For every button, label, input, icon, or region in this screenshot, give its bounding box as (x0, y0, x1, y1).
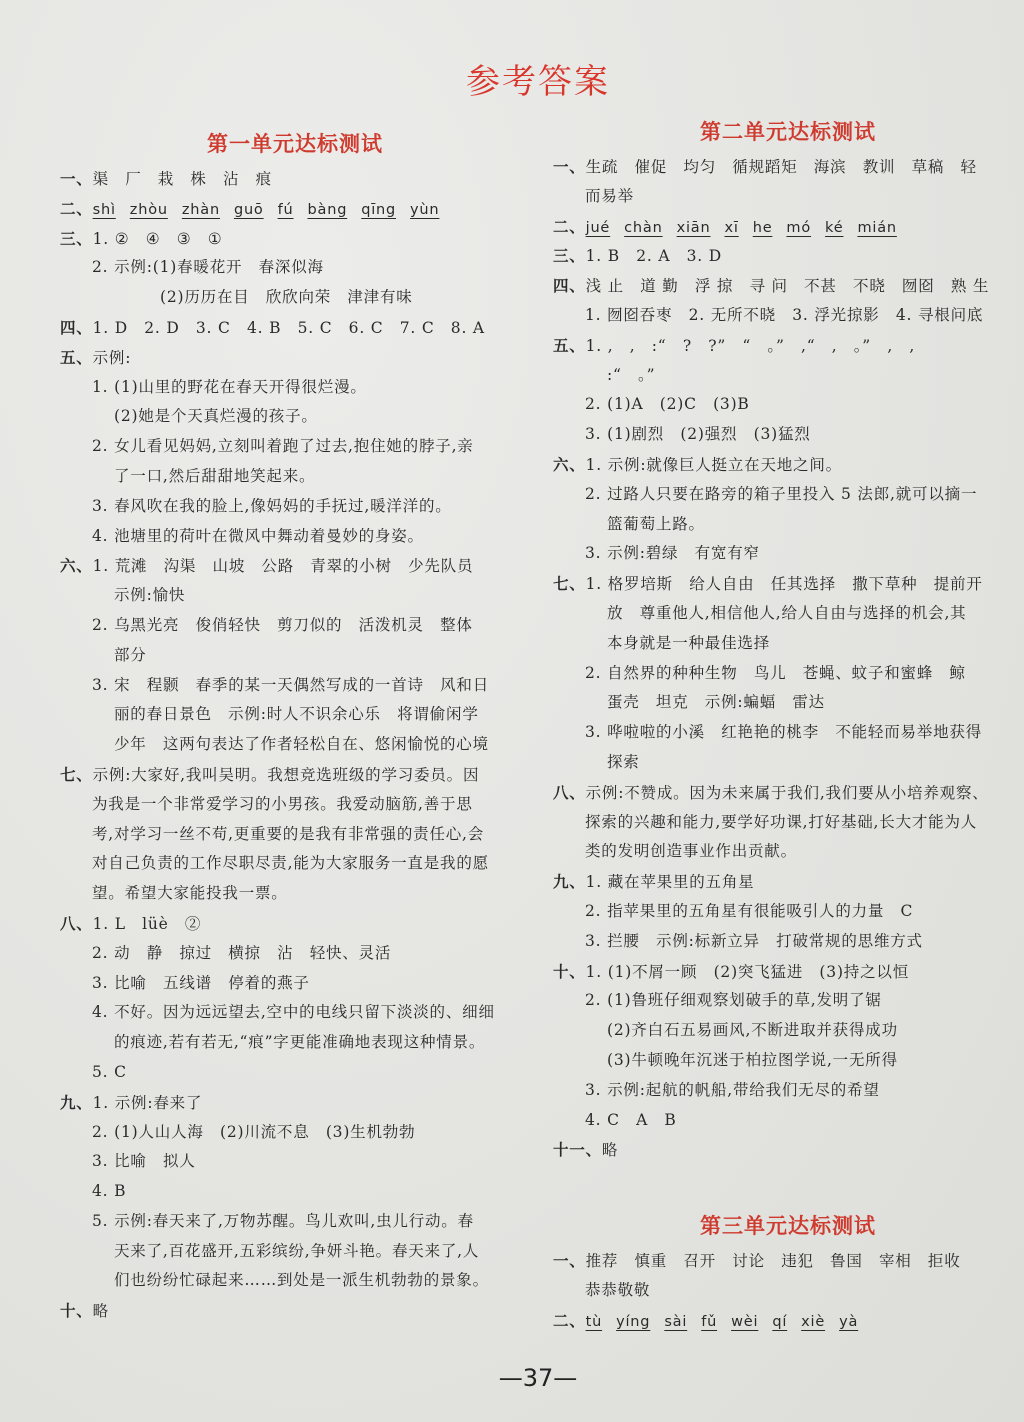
answer-text: 1. (1)山里的野花在春天开得很烂漫。 (92, 378, 367, 396)
answer-text: 3. 比喻 拟人 (92, 1152, 196, 1170)
answer-line: 的痕迹,若有若无,“痕”字更能准确地表现这种情景。 (60, 1028, 530, 1058)
answer-text: 示例:不赞成。因为未来属于我们,我们要从小培养观察、 (586, 784, 989, 802)
pinyin-answer: yíng (616, 1314, 650, 1330)
question-number: 三、 (60, 229, 93, 248)
answer-line: 丽的春日景色 示例:时人不识余心乐 将谓偷闲学 (60, 700, 530, 730)
answer-line: 5. C (60, 1058, 530, 1088)
answer-text: 对自己负责的工作尽职尽责,能为大家服务一直是我的愿 (92, 854, 489, 872)
answer-line: 五、1. , , :“ ? ?” “ 。” ,“ , 。” , , (553, 331, 1023, 361)
answer-line: 4. 不好。因为远远望去,空中的电线只留下淡淡的、细细 (60, 998, 530, 1028)
question-number: 八、 (60, 914, 93, 933)
answer-line: 3. 示例:碧绿 有宽有窄 (553, 539, 1023, 569)
pinyin-answer: mó (786, 220, 811, 236)
answer-text: 3. 春风吹在我的脸上,像妈妈的手抚过,暖洋洋的。 (92, 497, 452, 515)
answer-line: 探索 (553, 748, 1023, 778)
answer-text: 4. 不好。因为远远望去,空中的电线只留下淡淡的、细细 (92, 1003, 495, 1021)
unit3-answers: 一、推荐 慎重 召开 讨论 违犯 鲁国 宰相 拒收恭恭敬敬二、tùyíngsài… (553, 1246, 1023, 1335)
question-number: 十一、 (553, 1140, 602, 1159)
answer-line: 对自己负责的工作尽职尽责,能为大家服务一直是我的愿 (60, 849, 530, 879)
answer-line: 2. 过路人只要在路旁的箱子里投入 5 法郎,就可以摘一 (553, 480, 1023, 510)
answer-text: 们也纷纷忙碌起来……到处是一派生机勃勃的景象。 (114, 1271, 489, 1289)
answer-text: 3. 拦腰 示例:标新立异 打破常规的思维方式 (585, 932, 923, 950)
answer-line: 望。希望大家能投我一票。 (60, 879, 530, 909)
answer-line: 十、略 (60, 1296, 530, 1326)
answer-text: 放 尊重他人,相信他人,给人自由与选择的机会,其 (607, 604, 966, 622)
answer-text: 部分 (114, 646, 147, 664)
answer-line: 四、1. D 2. D 3. C 4. B 5. C 6. C 7. C 8. … (60, 313, 530, 343)
unit3-section: 第三单元达标测试 一、推荐 慎重 召开 讨论 违犯 鲁国 宰相 拒收恭恭敬敬二、… (553, 1206, 1023, 1335)
pinyin-answer: xiān (677, 220, 711, 236)
answer-line: 十一、略 (553, 1135, 1023, 1165)
pinyin-answer: sài (664, 1314, 687, 1330)
answer-text: 1. D 2. D 3. C 4. B 5. C 6. C 7. C 8. A (93, 319, 485, 337)
answer-text: 示例:大家好,我叫吴明。我想竞选班级的学习委员。因 (93, 766, 480, 784)
unit3-title: 第三单元达标测试 (553, 1206, 1023, 1246)
pinyin-answer: guō (234, 202, 264, 218)
answer-text: 5. 示例:春天来了,万物苏醒。鸟儿欢叫,虫儿行动。春 (92, 1212, 474, 1230)
question-number: 六、 (553, 455, 586, 474)
pinyin-answer: fú (278, 202, 294, 218)
pinyin-answer: qīng (361, 202, 396, 218)
answer-text: 3. 宋 程颢 春季的某一天偶然写成的一首诗 风和日 (92, 676, 489, 694)
page-title: 参考答案 (0, 54, 1024, 103)
answer-line: 2. (1)鲁班仔细观察划破手的草,发明了锯 (553, 986, 1023, 1016)
answer-line: 一、渠 厂 栽 株 沾 痕 (60, 164, 530, 194)
question-number: 十、 (60, 1301, 93, 1320)
answer-line: 探索的兴趣和能力,要学好功课,打好基础,长大才能为人 (553, 808, 1023, 838)
answer-text: 蛋壳 坦克 示例:蝙蝠 雷达 (607, 693, 825, 711)
answer-line: 4. 池塘里的荷叶在微风中舞动着曼妙的身姿。 (60, 522, 530, 552)
answer-text: 4. C A B (585, 1111, 677, 1129)
answer-line: (3)牛顿晚年沉迷于柏拉图学说,一无所得 (553, 1046, 1023, 1076)
answer-text: 2. (1)A (2)C (3)B (585, 395, 750, 413)
answer-line: 了一口,然后甜甜地笑起来。 (60, 462, 530, 492)
unit1-title: 第一单元达标测试 (60, 124, 530, 164)
pinyin-answer: fǔ (701, 1314, 717, 1330)
answer-line: 四、浅 止 道 勤 浮 掠 寻 问 不甚 不晓 囫囵 熟 生 (553, 271, 1023, 301)
answer-line: :“ 。” (553, 361, 1023, 391)
answer-line: 而易举 (553, 182, 1023, 212)
question-number: 五、 (60, 348, 93, 367)
answer-line: 天来了,百花盛开,五彩缤纷,争妍斗艳。春天来了,人 (60, 1237, 530, 1267)
pinyin-answer: zhàn (182, 202, 220, 218)
question-number: 四、 (553, 276, 586, 295)
pinyin-answer: bàng (308, 202, 348, 218)
answer-line: 本身就是一种最佳选择 (553, 629, 1023, 659)
answer-line: 1. 囫囵吞枣 2. 无所不晓 3. 浮光掠影 4. 寻根问底 (553, 301, 1023, 331)
answer-text: 2. 乌黑光亮 俊俏轻快 剪刀似的 活泼机灵 整体 (92, 616, 473, 634)
answer-text: 渠 厂 栽 株 沾 痕 (93, 170, 272, 188)
answer-line: 八、示例:不赞成。因为未来属于我们,我们要从小培养观察、 (553, 778, 1023, 808)
answer-text: 1. 囫囵吞枣 2. 无所不晓 3. 浮光掠影 4. 寻根问底 (585, 306, 983, 324)
question-number: 九、 (553, 872, 586, 891)
answer-line: 3. 示例:起航的帆船,带给我们无尽的希望 (553, 1076, 1023, 1106)
answer-text: 类的发明创造事业作出贡献。 (585, 842, 797, 860)
pinyin-answer: xiè (801, 1314, 825, 1330)
answer-text: 3. 哗啦啦的小溪 红艳艳的桃李 不能轻而易举地获得 (585, 723, 982, 741)
answer-text: 1. B 2. A 3. D (586, 247, 722, 265)
pinyin-answer: tù (586, 1314, 602, 1330)
answer-text: 2. 自然界的种种生物 鸟儿 苍蝇、蚊子和蜜蜂 鲸 (585, 664, 966, 682)
answer-line: 篮葡萄上路。 (553, 510, 1023, 540)
answer-text: (3)牛顿晚年沉迷于柏拉图学说,一无所得 (607, 1051, 898, 1069)
answer-line: 示例:愉快 (60, 581, 530, 611)
answer-line: 2. 指苹果里的五角星有很能吸引人的力量 C (553, 897, 1023, 927)
answer-text: (2)齐白石五易画风,不断进取并获得成功 (607, 1021, 898, 1039)
pinyin-answer: zhòu (130, 202, 168, 218)
unit2-answers: 一、生疏 催促 均匀 循规蹈矩 海滨 教训 草稿 轻而易举二、juéchànxi… (553, 152, 1023, 1165)
answer-line: 2. 女儿看见妈妈,立刻叫着跑了过去,抱住她的脖子,亲 (60, 432, 530, 462)
pinyin-answer: jué (586, 220, 611, 236)
answer-line: 蛋壳 坦克 示例:蝙蝠 雷达 (553, 688, 1023, 718)
answer-text: 天来了,百花盛开,五彩缤纷,争妍斗艳。春天来了,人 (114, 1242, 479, 1260)
answer-text: 2. 动 静 掠过 横掠 沾 轻快、灵活 (92, 944, 391, 962)
answer-text: 了一口,然后甜甜地笑起来。 (114, 467, 315, 485)
answer-text: 2. 女儿看见妈妈,立刻叫着跑了过去,抱住她的脖子,亲 (92, 437, 474, 455)
answer-text: 2. (1)鲁班仔细观察划破手的草,发明了锯 (585, 991, 882, 1009)
answer-text: 望。希望大家能投我一票。 (92, 884, 288, 902)
answer-line: 3. 宋 程颢 春季的某一天偶然写成的一首诗 风和日 (60, 671, 530, 701)
answer-line: 少年 这两句表达了作者轻松自在、悠闲愉悦的心境 (60, 730, 530, 760)
answer-line: (2)齐白石五易画风,不断进取并获得成功 (553, 1016, 1023, 1046)
answer-line: 放 尊重他人,相信他人,给人自由与选择的机会,其 (553, 599, 1023, 629)
answer-line: 六、1. 荒滩 沟渠 山坡 公路 青翠的小树 少先队员 (60, 551, 530, 581)
page-number: —37— (0, 1364, 1024, 1392)
answer-text: 2. (1)人山人海 (2)川流不息 (3)生机勃勃 (92, 1123, 415, 1141)
pinyin-answer: xī (724, 220, 738, 236)
answer-line: 3. 春风吹在我的脸上,像妈妈的手抚过,暖洋洋的。 (60, 492, 530, 522)
question-number: 八、 (553, 783, 586, 802)
answer-text: 略 (602, 1141, 618, 1159)
unit2-title: 第二单元达标测试 (553, 112, 1023, 152)
answer-text: 5. C (92, 1063, 127, 1081)
answer-text: 略 (93, 1302, 109, 1320)
answer-text: 探索的兴趣和能力,要学好功课,打好基础,长大才能为人 (585, 813, 977, 831)
answer-text: 丽的春日景色 示例:时人不识余心乐 将谓偷闲学 (114, 705, 479, 723)
question-number: 二、 (553, 1311, 586, 1330)
answer-text: (2)她是个天真烂漫的孩子。 (114, 407, 318, 425)
question-number: 二、 (553, 217, 586, 236)
answer-text: 考,对学习一丝不苟,更重要的是我有非常强的责任心,会 (92, 825, 484, 843)
answer-line: 类的发明创造事业作出贡献。 (553, 837, 1023, 867)
answer-text: 示例:愉快 (114, 586, 185, 604)
answer-line: 三、1. B 2. A 3. D (553, 241, 1023, 271)
answer-line: 2. (1)人山人海 (2)川流不息 (3)生机勃勃 (60, 1118, 530, 1148)
question-number: 一、 (553, 157, 586, 176)
pinyin-answer: shì (93, 202, 116, 218)
answer-line: 们也纷纷忙碌起来……到处是一派生机勃勃的景象。 (60, 1266, 530, 1296)
question-number: 一、 (60, 169, 93, 188)
answer-line: 3. 拦腰 示例:标新立异 打破常规的思维方式 (553, 927, 1023, 957)
answer-text: 1. , , :“ ? ?” “ 。” ,“ , 。” , , (586, 337, 915, 355)
answer-line: 4. C A B (553, 1106, 1023, 1136)
answer-line: (2)她是个天真烂漫的孩子。 (60, 402, 530, 432)
pinyin-answer: ké (825, 220, 843, 236)
answer-text: 示例: (93, 349, 132, 367)
pinyin-answer: qí (772, 1314, 787, 1330)
answer-line: 十、1. (1)不屑一顾 (2)突飞猛进 (3)持之以恒 (553, 957, 1023, 987)
answer-line: 二、shìzhòuzhànguōfúbàngqīngyùn (60, 194, 530, 224)
answer-line: 2. 乌黑光亮 俊俏轻快 剪刀似的 活泼机灵 整体 (60, 611, 530, 641)
answer-line: 三、1. ② ④ ③ ① (60, 224, 530, 254)
answer-line: 为我是一个非常爱学习的小男孩。我爱动脑筋,善于思 (60, 790, 530, 820)
answer-line: 2. 动 静 掠过 横掠 沾 轻快、灵活 (60, 939, 530, 969)
answer-text: 3. (1)剧烈 (2)强烈 (3)猛烈 (585, 425, 811, 443)
answer-text: 2. 示例:(1)春暖花开 春深似海 (92, 258, 324, 276)
answer-text: 而易举 (585, 187, 634, 205)
answer-line: 5. 示例:春天来了,万物苏醒。鸟儿欢叫,虫儿行动。春 (60, 1207, 530, 1237)
answer-line: 3. 哗啦啦的小溪 红艳艳的桃李 不能轻而易举地获得 (553, 718, 1023, 748)
answer-line: 3. (1)剧烈 (2)强烈 (3)猛烈 (553, 420, 1023, 450)
answer-line: 4. B (60, 1177, 530, 1207)
answer-line: 七、示例:大家好,我叫吴明。我想竞选班级的学习委员。因 (60, 760, 530, 790)
unit2-section: 第二单元达标测试 一、生疏 催促 均匀 循规蹈矩 海滨 教训 草稿 轻而易举二、… (553, 112, 1023, 1165)
answer-line: 七、1. 格罗培斯 给人自由 任其选择 撒下草种 提前开 (553, 569, 1023, 599)
answer-line: 考,对学习一丝不苟,更重要的是我有非常强的责任心,会 (60, 820, 530, 850)
question-number: 三、 (553, 246, 586, 265)
pinyin-answer: yùn (410, 202, 439, 218)
answer-line: 二、juéchànxiānxīhemókémián (553, 212, 1023, 242)
answer-line: 3. 比喻 五线谱 停着的燕子 (60, 969, 530, 999)
answer-text: 1. 格罗培斯 给人自由 任其选择 撒下草种 提前开 (586, 575, 983, 593)
question-number: 七、 (553, 574, 586, 593)
question-number: 五、 (553, 336, 586, 355)
answer-line: 1. (1)山里的野花在春天开得很烂漫。 (60, 373, 530, 403)
answer-line: 部分 (60, 641, 530, 671)
answer-text: 4. B (92, 1182, 126, 1200)
answer-text: 生疏 催促 均匀 循规蹈矩 海滨 教训 草稿 轻 (586, 158, 977, 176)
question-number: 二、 (60, 199, 93, 218)
pinyin-answer: mián (857, 220, 896, 236)
pinyin-answer: wèi (731, 1314, 758, 1330)
answer-text: 推荐 慎重 召开 讨论 违犯 鲁国 宰相 拒收 (586, 1252, 961, 1270)
answer-text: 的痕迹,若有若无,“痕”字更能准确地表现这种情景。 (114, 1033, 485, 1051)
answer-text: 1. 示例:春来了 (93, 1094, 203, 1112)
answer-text: 探索 (607, 753, 640, 771)
answer-text: 3. 示例:起航的帆船,带给我们无尽的希望 (585, 1081, 880, 1099)
answer-line: 九、1. 藏在苹果里的五角星 (553, 867, 1023, 897)
answer-text: 恭恭敬敬 (585, 1281, 650, 1299)
answer-text: 2. 指苹果里的五角星有很能吸引人的力量 C (585, 902, 913, 920)
answer-line: 六、1. 示例:就像巨人挺立在天地之间。 (553, 450, 1023, 480)
answer-text: 3. 比喻 五线谱 停着的燕子 (92, 974, 310, 992)
answer-line: 2. 自然界的种种生物 鸟儿 苍蝇、蚊子和蜜蜂 鲸 (553, 659, 1023, 689)
answer-text: 1. L lüè ② (93, 915, 202, 933)
answer-text: 1. (1)不屑一顾 (2)突飞猛进 (3)持之以恒 (586, 963, 909, 981)
answer-text: 浅 止 道 勤 浮 掠 寻 问 不甚 不晓 囫囵 熟 生 (586, 277, 990, 295)
answer-text: 本身就是一种最佳选择 (607, 634, 770, 652)
answer-line: 3. 比喻 拟人 (60, 1147, 530, 1177)
answer-line: 2. 示例:(1)春暖花开 春深似海 (60, 253, 530, 283)
answer-line: 五、示例: (60, 343, 530, 373)
answer-text: 1. ② ④ ③ ① (93, 230, 223, 248)
question-number: 一、 (553, 1251, 586, 1270)
answer-text: 1. 荒滩 沟渠 山坡 公路 青翠的小树 少先队员 (93, 557, 474, 575)
question-number: 十、 (553, 962, 586, 981)
answer-text: 少年 这两句表达了作者轻松自在、悠闲愉悦的心境 (114, 735, 489, 753)
answer-text: 2. 过路人只要在路旁的箱子里投入 5 法郎,就可以摘一 (585, 485, 977, 503)
pinyin-answer: yà (839, 1314, 858, 1330)
answer-line: 一、推荐 慎重 召开 讨论 违犯 鲁国 宰相 拒收 (553, 1246, 1023, 1276)
pinyin-answer: he (753, 220, 773, 236)
answer-text: 1. 藏在苹果里的五角星 (586, 873, 755, 891)
unit1-answers: 一、渠 厂 栽 株 沾 痕二、shìzhòuzhànguōfúbàngqīngy… (60, 164, 530, 1326)
question-number: 九、 (60, 1093, 93, 1112)
answer-text: 篮葡萄上路。 (607, 515, 705, 533)
answer-line: 恭恭敬敬 (553, 1276, 1023, 1306)
unit1-section: 第一单元达标测试 一、渠 厂 栽 株 沾 痕二、shìzhòuzhànguōfú… (60, 124, 530, 1326)
answer-text: 为我是一个非常爱学习的小男孩。我爱动脑筋,善于思 (92, 795, 473, 813)
question-number: 七、 (60, 765, 93, 784)
answer-line: (2)历历在目 欣欣向荣 津津有味 (60, 283, 530, 313)
pinyin-answer: chàn (624, 220, 662, 236)
answer-text: 3. 示例:碧绿 有宽有窄 (585, 544, 760, 562)
answer-line: 八、1. L lüè ② (60, 909, 530, 939)
answer-line: 2. (1)A (2)C (3)B (553, 390, 1023, 420)
answer-text: 4. 池塘里的荷叶在微风中舞动着曼妙的身姿。 (92, 527, 424, 545)
answer-line: 一、生疏 催促 均匀 循规蹈矩 海滨 教训 草稿 轻 (553, 152, 1023, 182)
answer-text: (2)历历在目 欣欣向荣 津津有味 (160, 288, 413, 306)
answer-text: :“ 。” (607, 366, 655, 384)
question-number: 四、 (60, 318, 93, 337)
answer-text: 1. 示例:就像巨人挺立在天地之间。 (586, 456, 842, 474)
answer-line: 二、tùyíngsàifǔwèiqíxièyà (553, 1306, 1023, 1336)
question-number: 六、 (60, 556, 93, 575)
answer-line: 九、1. 示例:春来了 (60, 1088, 530, 1118)
